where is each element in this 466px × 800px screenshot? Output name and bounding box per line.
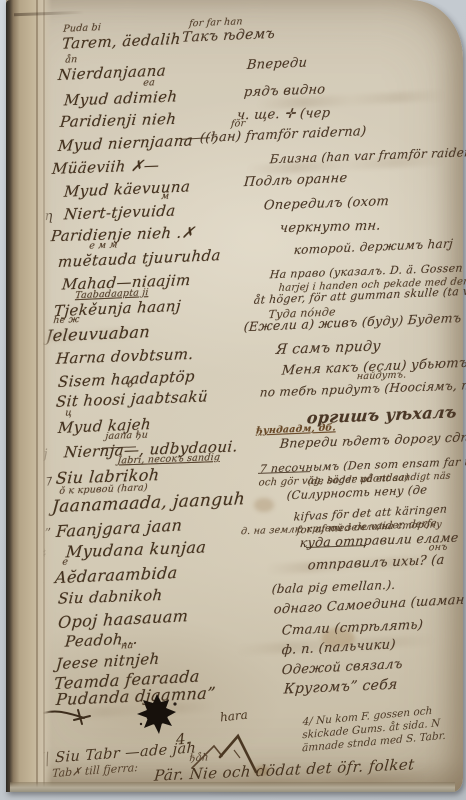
word-superscript: ea — [143, 77, 156, 88]
entry-gloss: Подлѣ оранне — [243, 171, 348, 190]
word-superscript: ц — [65, 407, 73, 418]
book-spine-gutter — [6, 0, 52, 792]
word-superscript: jaana ђи — [105, 429, 149, 442]
manuscript-photo: Tarem, äedalihPuda biТакъ ѣдемъfor far h… — [0, 0, 466, 800]
notebook-page: Tarem, äedalihPuda biТакъ ѣдемъfor far h… — [6, 0, 463, 792]
word-superscript: м — [161, 191, 170, 202]
page-edge-bottom — [10, 782, 455, 792]
sketch-label-hara: hara — [219, 708, 248, 725]
entry-word: Myud adimiehea — [63, 87, 178, 109]
entry-word: Harna dovbtsum. — [55, 345, 194, 368]
entry-gloss: Впереди — [246, 55, 308, 73]
entry-word: muĕtauda tjuuruhdaе м м — [57, 246, 221, 271]
word-superscript: на — [121, 640, 134, 652]
word-superscript: he ж — [53, 314, 80, 326]
entry-gloss: отправилъ ихы? (аонъ — [307, 553, 445, 574]
entry-word: Siu dabnikoh — [57, 586, 163, 608]
word-superscript: Jabri, песокъ sandig — [117, 452, 221, 467]
entry-gloss: Такъ ѣдемъfor far han — [181, 26, 275, 46]
entry-gloss: черкнуто тн. — [279, 218, 381, 236]
entry-gloss: (Силурность нену (де(de bodde på ett san… — [286, 482, 428, 502]
entry-word: Aĕdaraambidaе — [55, 563, 179, 587]
entry-word: Myudana kunjaa — [65, 537, 207, 561]
entry-word: Myud niernjaana — [57, 131, 194, 155]
entry-word: Paridienji nieh — [59, 110, 177, 131]
entry-word: Myud käevuuna — [63, 177, 191, 200]
word-superscript: Puda bi — [63, 22, 102, 35]
entry-gloss: ф. п. (пальчики) — [281, 637, 396, 658]
gutter-crease — [43, 0, 45, 792]
entry-word: Jeleuvuabanhe ж — [45, 322, 151, 345]
word-superscript: е м м — [89, 239, 118, 251]
entry-word: Sit hoosi jaabtsaküб — [55, 387, 209, 410]
entry-gloss: оргишъ уѣхалъђундаадм, дб. — [306, 402, 458, 427]
entry-word: Tarem, äedalihPuda bi — [61, 30, 181, 53]
entry-gloss: Кругомъ” себя — [283, 677, 398, 698]
entry-gloss: (bala pig emellan.). — [271, 578, 396, 596]
gloss-note-above: fŏr — [230, 118, 245, 130]
entry-word: Niert-tjevuidaм — [63, 201, 176, 223]
word-superscript: ån — [65, 54, 78, 66]
entry-gloss: рядъ видно — [243, 82, 326, 100]
entry-word: Paridienje nieh .✗ — [50, 223, 196, 245]
final-line-superscript: ђåh — [189, 752, 209, 764]
word-superscript: Taabadaapta ji — [74, 287, 148, 301]
word-superscript: б — [127, 379, 134, 390]
word-superscript: е — [62, 556, 69, 567]
gloss-note-above: for far han — [189, 16, 243, 29]
gloss-note-above: найдутъ. — [356, 369, 406, 382]
entry-gloss: Опередилъ (охот — [263, 194, 390, 213]
ink-blot — [132, 690, 182, 740]
gutter-crease — [36, 0, 38, 792]
entry-gloss: Я самъ приду — [275, 338, 381, 358]
entry-gloss: ч. ще. ✛ (чер — [236, 106, 331, 123]
entries-layer: Tarem, äedalihPuda biТакъ ѣдемъfor far h… — [6, 0, 463, 792]
gloss-note-above: онъ — [428, 542, 448, 554]
entry-word: Müäeviih ✗— — [51, 156, 160, 178]
word-superscript: ŏ к кривой (hara) — [59, 482, 148, 497]
